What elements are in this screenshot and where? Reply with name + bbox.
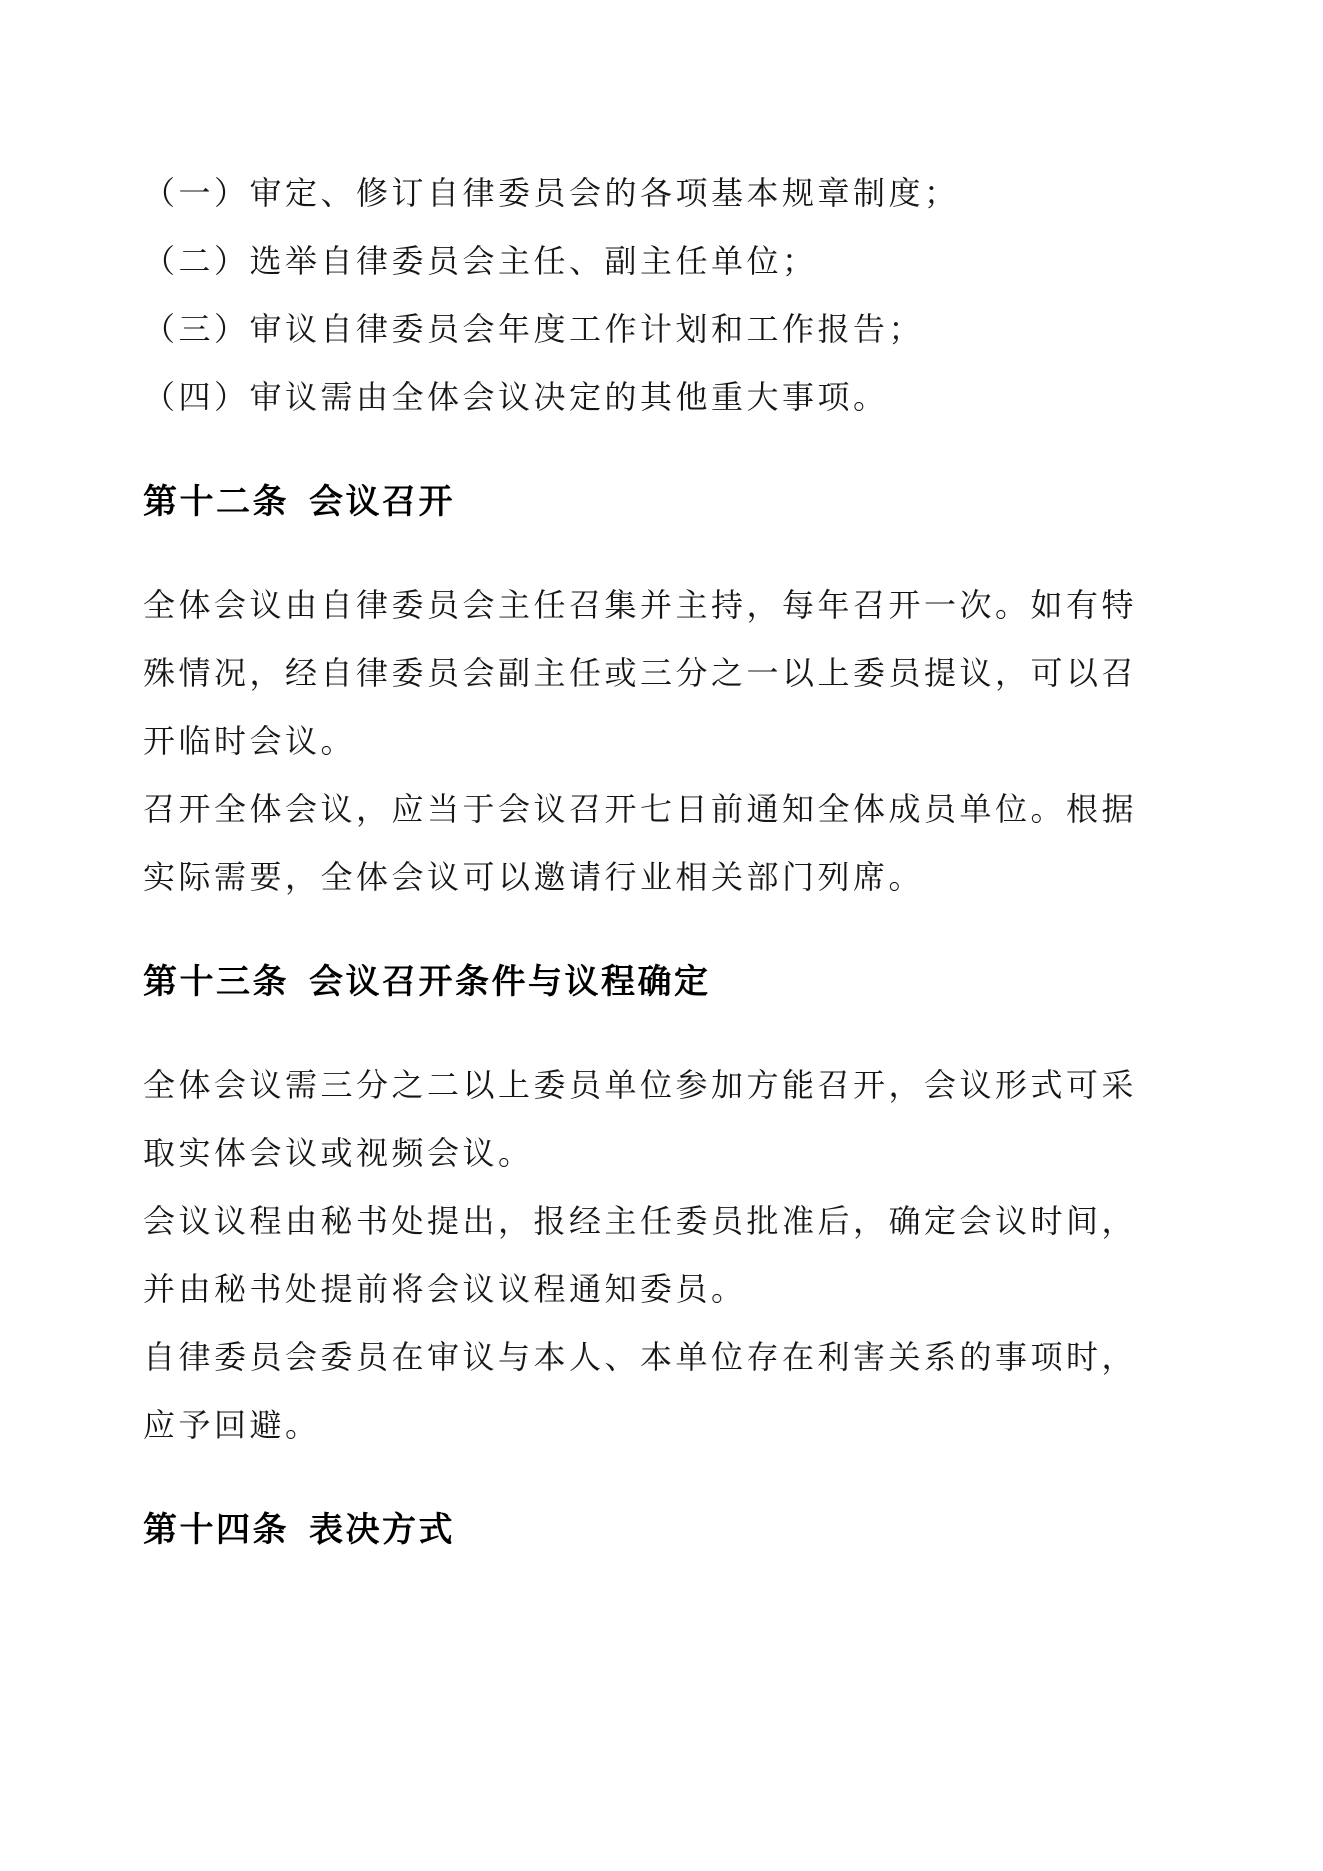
paragraph: 全体会议需三分之二以上委员单位参加方能召开，会议形式可采取实体会议或视频会议。	[143, 1051, 1188, 1187]
article-heading: 第十二条 会议召开	[143, 468, 1188, 536]
document-content: （一）审定、修订自律委员会的各项基本规章制度；（二）选举自律委员会主任、副主任单…	[143, 0, 1188, 1599]
paragraph-line: 全体会议需三分之二以上委员单位参加方能召开，会议形式可采	[143, 1051, 1188, 1119]
paragraph-line: 会议议程由秘书处提出，报经主任委员批准后，确定会议时间，	[143, 1187, 1188, 1255]
document-page: （一）审定、修订自律委员会的各项基本规章制度；（二）选举自律委员会主任、副主任单…	[0, 0, 1323, 1871]
paragraph: 自律委员会委员在审议与本人、本单位存在利害关系的事项时，应予回避。	[143, 1323, 1188, 1459]
paragraph-line: 实际需要，全体会议可以邀请行业相关部门列席。	[143, 843, 1188, 911]
paragraph-line: 自律委员会委员在审议与本人、本单位存在利害关系的事项时，	[143, 1323, 1188, 1391]
paragraph-line: 全体会议由自律委员会主任召集并主持，每年召开一次。如有特	[143, 571, 1188, 639]
list-item: （二）选举自律委员会主任、副主任单位；	[143, 227, 1188, 295]
paragraph-line: 开临时会议。	[143, 707, 1188, 775]
paragraph-line: 应予回避。	[143, 1391, 1188, 1459]
paragraph: 全体会议由自律委员会主任召集并主持，每年召开一次。如有特殊情况，经自律委员会副主…	[143, 571, 1188, 775]
list-item: （三）审议自律委员会年度工作计划和工作报告；	[143, 295, 1188, 363]
paragraph-line: 取实体会议或视频会议。	[143, 1119, 1188, 1187]
article-heading: 第十三条 会议召开条件与议程确定	[143, 948, 1188, 1016]
list-item: （一）审定、修订自律委员会的各项基本规章制度；	[143, 159, 1188, 227]
paragraph: 会议议程由秘书处提出，报经主任委员批准后，确定会议时间，并由秘书处提前将会议议程…	[143, 1187, 1188, 1323]
paragraph: 召开全体会议，应当于会议召开七日前通知全体成员单位。根据实际需要，全体会议可以邀…	[143, 775, 1188, 911]
paragraph-line: 并由秘书处提前将会议议程通知委员。	[143, 1255, 1188, 1323]
paragraph-line: 召开全体会议，应当于会议召开七日前通知全体成员单位。根据	[143, 775, 1188, 843]
article-heading: 第十四条 表决方式	[143, 1496, 1188, 1564]
list-item: （四）审议需由全体会议决定的其他重大事项。	[143, 363, 1188, 431]
paragraph-line: 殊情况，经自律委员会副主任或三分之一以上委员提议，可以召	[143, 639, 1188, 707]
